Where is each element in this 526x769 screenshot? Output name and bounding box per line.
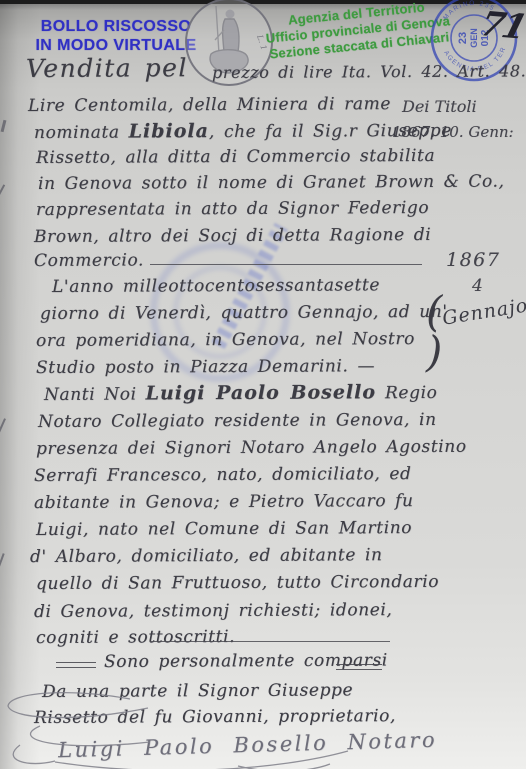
body-line: di Genova, testimonj richiesti; idonei, (34, 600, 393, 622)
notaio-post: Regio (376, 383, 438, 403)
body-line: presenza dei Signori Notaro Angelo Agost… (36, 437, 467, 459)
body-line-notary: Nanti Noi Luigi Paolo Bosello Regio (44, 381, 438, 405)
libiola-post: , che fa il Sig.r Giuseppe (209, 121, 452, 142)
body-line: abitante in Genova; e Pietro Vaccaro fu (34, 491, 414, 513)
body-line: Vendita pel (26, 53, 188, 83)
body-line: Rissetto, alla ditta di Commercio stabil… (36, 146, 435, 168)
edge-mark (1, 120, 7, 132)
handwritten-rule (150, 264, 422, 265)
handwritten-rule (150, 641, 390, 642)
margin-note-titoli: Dei Titoli (402, 97, 477, 116)
libiola-pre: nominata (34, 123, 129, 143)
body-line: Luigi, nato nel Comune di San Martino (36, 518, 412, 540)
body-line: Commercio. (34, 250, 144, 271)
body-line: Notaro Collegiato residente in Genova, i… (38, 410, 437, 432)
libiola-name: Libiola (129, 120, 209, 142)
notary-signature: Luigi Paolo Bosello Notaro (58, 728, 438, 763)
notaio-pre: Nanti Noi (44, 384, 146, 405)
date-stamp-day: 23 (457, 32, 469, 44)
body-line: ora pomeridiana, in Genova, nel Nostro (36, 329, 415, 351)
paren-close: ) (426, 327, 442, 376)
body-line: d' Albaro, domiciliato, ed abitante in (30, 545, 383, 567)
body-line-libiola: nominata Libiola, che fa il Sig.r Giusep… (34, 119, 452, 143)
double-dash-ornament (336, 664, 382, 670)
edge-mark (0, 418, 6, 433)
body-line: Lire Centomila, della Miniera di rame (28, 94, 391, 116)
body-line: giorno di Venerdì, quattro Gennajo, ad u… (40, 302, 448, 324)
edge-mark (0, 553, 5, 569)
body-line: Studio posto in Piazza Demarini. — (36, 356, 375, 378)
body-line: Rissetto del fu Giovanni, proprietario, (34, 706, 396, 728)
body-line: in Genova sotto il nome di Granet Brown … (38, 172, 505, 194)
body-line: cogniti e sottoscritti. (36, 627, 235, 648)
body-line: Da una parte il Signor Giuseppe (42, 680, 353, 702)
margin-month-text: Gennajo (441, 294, 526, 329)
margin-year: 1867 (446, 249, 500, 271)
body-line: prezzo di lire Ita. Vol. 42. Art. 48. (212, 61, 526, 82)
body-line: Brown, altro dei Socj di detta Ragione d… (34, 225, 431, 247)
double-dash-ornament (56, 662, 96, 668)
body-line: L'anno milleottocentosessantasette (52, 275, 380, 297)
body-line: quello di San Fruttuoso, tutto Circondar… (36, 572, 439, 594)
body-line: Serrafi Francesco, nato, domiciliato, ed (34, 464, 412, 486)
body-line: rappresentata in atto da Signor Federigo (36, 198, 429, 220)
edge-mark (0, 184, 5, 197)
scanned-document-page: BOLLO RISCOSSO IN MODO VIRTUALE L. 1 Age… (0, 0, 526, 769)
notaio-name: Luigi Paolo Bosello (146, 381, 377, 404)
